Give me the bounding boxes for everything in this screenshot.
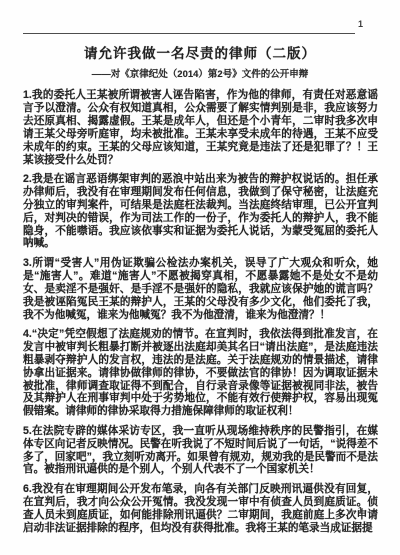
header-page-number: 1 <box>358 19 363 29</box>
paragraph: 2.我是在谣言恶语绑架审判的恶浪中站出来为被告的辩护权说话的。担任承办律师后，我… <box>23 173 378 250</box>
document-body: 1.我的委托人王某被所谓被害人诬告陷害，作为他的律师，有责任对恶意谣言予以澄清。… <box>23 89 378 535</box>
page-subtitle: ——对《京律纪处（2014）第2号》文件的公开申辩 <box>0 66 400 80</box>
paragraph: 4.“决定”凭空假想了法庭规劝的情节。在宣判时，我依法得到批准发言，在发言中被审… <box>23 328 378 418</box>
document-page: 1 请允许我做一名尽责的律师（二版） ——对《京律纪处（2014）第2号》文件的… <box>0 0 400 555</box>
header-rule <box>23 33 355 34</box>
footer-page-number: 1 <box>358 505 363 515</box>
paragraph: 3.所谓“受害人”用伪证欺骗公检法办案机关，误导了广大观众和听众，她是“施害人”… <box>23 257 378 322</box>
page-title: 请允许我做一名尽责的律师（二版） <box>0 42 400 62</box>
scan-artifact-smudge <box>150 506 184 522</box>
paragraph: 6.我没有在审理期间公开发布笔录，向各有关部门反映刑讯逼供没有回复，在宣判后，我… <box>23 483 378 535</box>
paragraph: 1.我的委托人王某被所谓被害人诬告陷害，作为他的律师，有责任对恶意谣言予以澄清。… <box>23 89 378 166</box>
paragraph: 5.在法院专辟的媒体采访专区，我一直听从现场维持秩序的民警指引，在媒体专区向记者… <box>23 425 378 477</box>
